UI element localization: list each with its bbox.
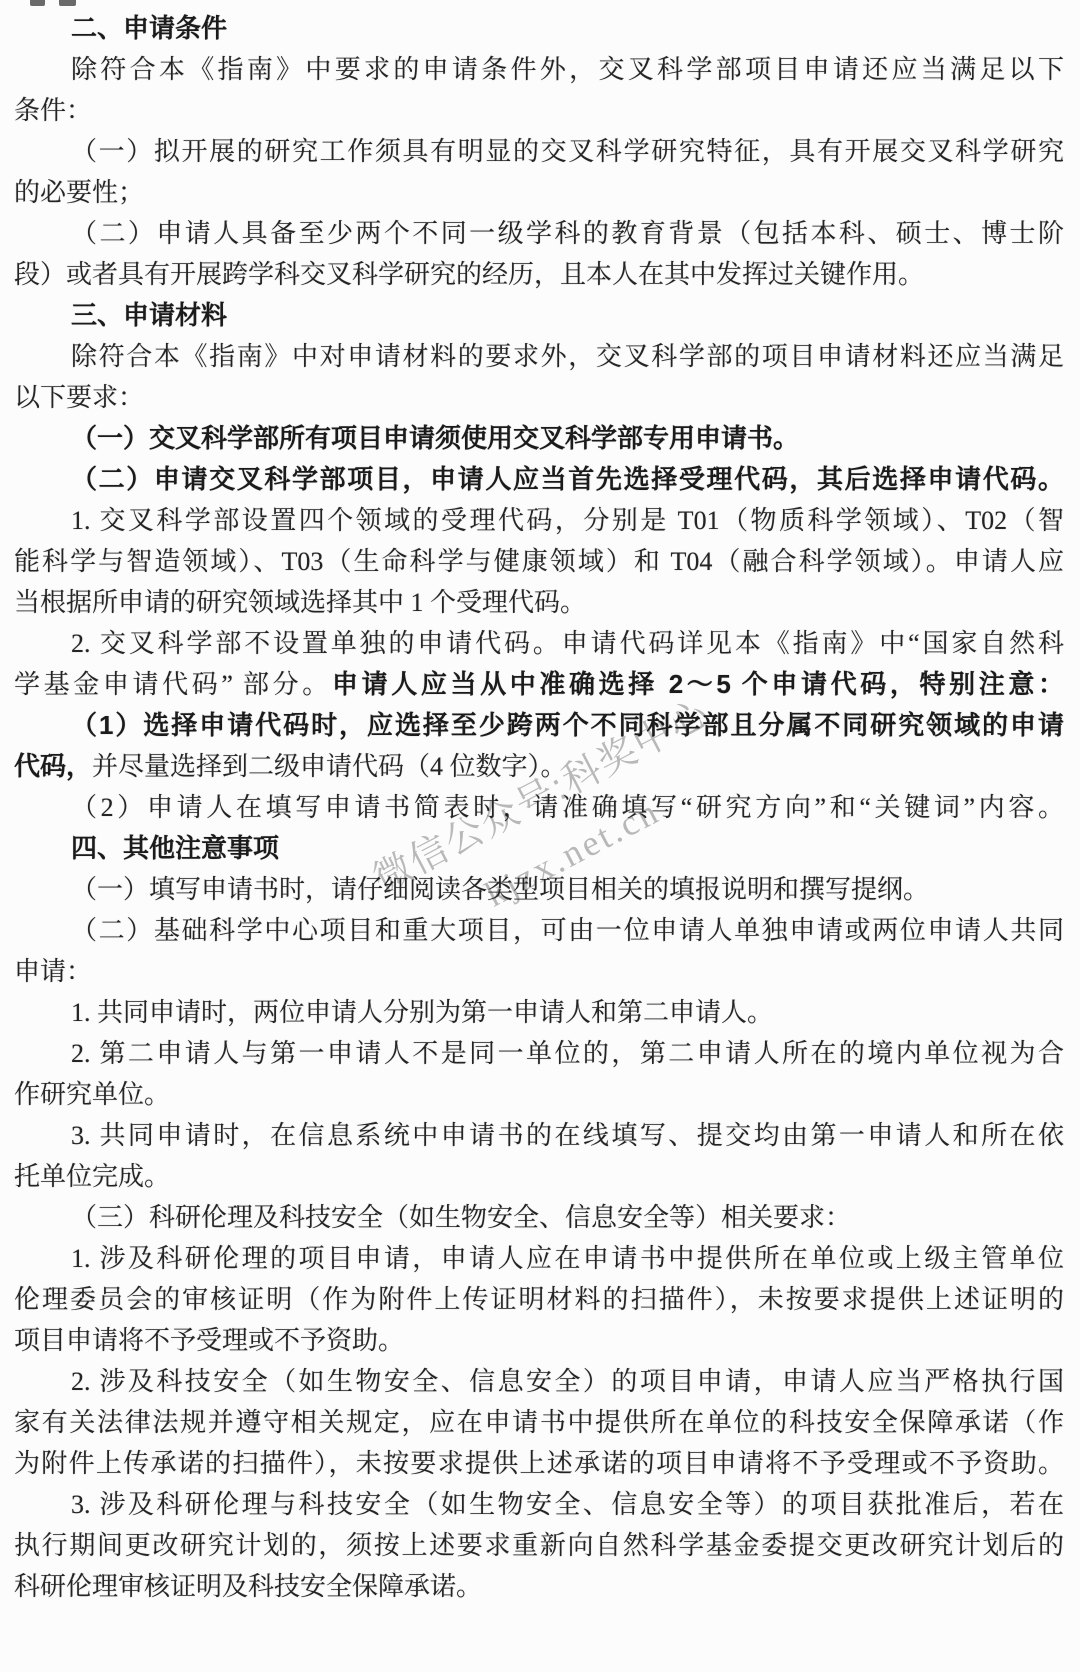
text-line: 3. 涉及科研伦理与科技安全（如生物安全、信息安全等）的项目获批准后，若在 bbox=[14, 1484, 1064, 1525]
text-line: 条件： bbox=[14, 90, 1064, 131]
document-page: 微信公众号:科奖中心 kjzx.net.cn 二、申请条件除符合本《指南》中要求… bbox=[0, 0, 1080, 1672]
text-line: 1. 交叉科学部设置四个领域的受理代码，分别是 T01（物质科学领域）、T02（… bbox=[14, 500, 1064, 541]
text-line: 除符合本《指南》中要求的申请条件外，交叉科学部项目申请还应当满足以下 bbox=[14, 49, 1064, 90]
text-line: 段）或者具有开展跨学科交叉科学研究的经历，且本人在其中发挥过关键作用。 bbox=[14, 254, 1064, 295]
text-line: 项目申请将不予受理或不予资助。 bbox=[14, 1320, 1064, 1361]
text-run: 1. 交叉科学部设置四个领域的受理代码，分别是 T01（物质科学领域）、T02（… bbox=[71, 506, 1064, 535]
text-line: （一）填写申请书时，请仔细阅读各类型项目相关的填报说明和撰写提纲。 bbox=[14, 869, 1064, 910]
text-run: 并尽量选择到二级申请代码（4 位数字）。 bbox=[92, 752, 567, 781]
section-heading: 三、申请材料 bbox=[14, 295, 1064, 336]
bold-text-run: 二、申请条件 bbox=[71, 13, 227, 43]
text-line: 当根据所申请的研究领域选择其中 1 个受理代码。 bbox=[14, 582, 1064, 623]
text-run: 3. 涉及科研伦理与科技安全（如生物安全、信息安全等）的项目获批准后，若在 bbox=[71, 1490, 1064, 1519]
text-line: （一）交叉科学部所有项目申请须使用交叉科学部专用申请书。 bbox=[14, 418, 1064, 459]
text-line: 除符合本《指南》中对申请材料的要求外，交叉科学部的项目申请材料还应当满足 bbox=[14, 336, 1064, 377]
text-line: 3. 共同申请时，在信息系统中申请书的在线填写、提交均由第一申请人和所在依 bbox=[14, 1115, 1064, 1156]
clipped-text-fragment bbox=[59, 0, 76, 6]
bold-text-run: （二）申请交叉科学部项目，申请人应当首先选择受理代码，其后选择申请代码。 bbox=[71, 464, 1064, 494]
text-run: （一）拟开展的研究工作须具有明显的交叉科学研究特征，具有开展交叉科学研究 bbox=[71, 137, 1064, 166]
text-run: 学基金申请代码” 部分。 bbox=[14, 670, 332, 699]
text-run: 当根据所申请的研究领域选择其中 1 个受理代码。 bbox=[14, 588, 586, 617]
text-line: （二）申请交叉科学部项目，申请人应当首先选择受理代码，其后选择申请代码。 bbox=[14, 459, 1064, 500]
text-run: （三）科研伦理及科技安全（如生物安全、信息安全等）相关要求： bbox=[71, 1203, 851, 1232]
text-line: 2. 涉及科技安全（如生物安全、信息安全）的项目申请，申请人应当严格执行国 bbox=[14, 1361, 1064, 1402]
text-line: 代码，并尽量选择到二级申请代码（4 位数字）。 bbox=[14, 746, 1064, 787]
text-run: 托单位完成。 bbox=[14, 1162, 170, 1191]
text-run: 能科学与智造领域）、T03（生命科学与健康领域）和 T04（融合科学领域）。申请… bbox=[14, 547, 1064, 576]
text-run: 段）或者具有开展跨学科交叉科学研究的经历，且本人在其中发挥过关键作用。 bbox=[14, 260, 924, 289]
document-text: 二、申请条件除符合本《指南》中要求的申请条件外，交叉科学部项目申请还应当满足以下… bbox=[14, 8, 1064, 1607]
text-line: （二）申请人具备至少两个不同一级学科的教育背景（包括本科、硕士、博士阶 bbox=[14, 213, 1064, 254]
bold-text-run: 代码， bbox=[14, 751, 92, 781]
text-run: 申请： bbox=[14, 957, 92, 986]
text-run: 2. 第二申请人与第一申请人不是同一单位的，第二申请人所在的境内单位视为合 bbox=[71, 1039, 1064, 1068]
text-run: 家有关法律法规并遵守相关规定，应在申请书中提供所在单位的科技安全保障承诺（作 bbox=[14, 1408, 1064, 1437]
text-run: 项目申请将不予受理或不予资助。 bbox=[14, 1326, 404, 1355]
text-run: 为附件上传承诺的扫描件），未按要求提供上述承诺的项目申请将不予受理或不予资助。 bbox=[14, 1449, 1064, 1478]
text-run: 条件： bbox=[14, 96, 92, 125]
text-run: 除符合本《指南》中对申请材料的要求外，交叉科学部的项目申请材料还应当满足 bbox=[71, 342, 1064, 371]
text-run: 伦理委员会的审核证明（作为附件上传证明材料的扫描件），未按要求提供上述证明的 bbox=[14, 1285, 1064, 1314]
text-run: 科研伦理审核证明及科技安全保障承诺。 bbox=[14, 1572, 482, 1601]
text-line: 学基金申请代码” 部分。申请人应当从中准确选择 2～5 个申请代码，特别注意： bbox=[14, 664, 1064, 705]
text-line: （二）基础科学中心项目和重大项目，可由一位申请人单独申请或两位申请人共同 bbox=[14, 910, 1064, 951]
text-line: 为附件上传承诺的扫描件），未按要求提供上述承诺的项目申请将不予受理或不予资助。 bbox=[14, 1443, 1064, 1484]
text-line: 申请： bbox=[14, 951, 1064, 992]
text-run: （2）申请人在填写申请书简表时，请准确填写“研究方向”和“关键词”内容。 bbox=[71, 793, 1064, 822]
bold-text-run: （1）选择申请代码时，应选择至少跨两个不同科学部且分属不同研究领域的申请 bbox=[71, 710, 1064, 740]
text-line: （一）拟开展的研究工作须具有明显的交叉科学研究特征，具有开展交叉科学研究 bbox=[14, 131, 1064, 172]
text-line: 2. 第二申请人与第一申请人不是同一单位的，第二申请人所在的境内单位视为合 bbox=[14, 1033, 1064, 1074]
text-run: 1. 涉及科研伦理的项目申请，申请人应在申请书中提供所在单位或上级主管单位 bbox=[71, 1244, 1064, 1273]
text-line: （1）选择申请代码时，应选择至少跨两个不同科学部且分属不同研究领域的申请 bbox=[14, 705, 1064, 746]
text-line: 1. 共同申请时，两位申请人分别为第一申请人和第二申请人。 bbox=[14, 992, 1064, 1033]
text-run: （二）基础科学中心项目和重大项目，可由一位申请人单独申请或两位申请人共同 bbox=[71, 916, 1064, 945]
text-line: 以下要求： bbox=[14, 377, 1064, 418]
section-heading: 二、申请条件 bbox=[14, 8, 1064, 49]
bold-text-run: （一）交叉科学部所有项目申请须使用交叉科学部专用申请书。 bbox=[71, 423, 799, 453]
text-line: 执行期间更改研究计划的，须按上述要求重新向自然科学基金委提交更改研究计划后的 bbox=[14, 1525, 1064, 1566]
text-run: （一）填写申请书时，请仔细阅读各类型项目相关的填报说明和撰写提纲。 bbox=[71, 875, 929, 904]
text-line: 能科学与智造领域）、T03（生命科学与健康领域）和 T04（融合科学领域）。申请… bbox=[14, 541, 1064, 582]
text-line: （三）科研伦理及科技安全（如生物安全、信息安全等）相关要求： bbox=[14, 1197, 1064, 1238]
section-heading: 四、其他注意事项 bbox=[14, 828, 1064, 869]
text-line: 的必要性； bbox=[14, 172, 1064, 213]
text-line: 伦理委员会的审核证明（作为附件上传证明材料的扫描件），未按要求提供上述证明的 bbox=[14, 1279, 1064, 1320]
text-line: 家有关法律法规并遵守相关规定，应在申请书中提供所在单位的科技安全保障承诺（作 bbox=[14, 1402, 1064, 1443]
text-run: 2. 涉及科技安全（如生物安全、信息安全）的项目申请，申请人应当严格执行国 bbox=[71, 1367, 1064, 1396]
bold-text-run: 三、申请材料 bbox=[71, 300, 227, 330]
text-run: 2. 交叉科学部不设置单独的申请代码。申请代码详见本《指南》中“国家自然科 bbox=[71, 629, 1064, 658]
text-run: 以下要求： bbox=[14, 383, 144, 412]
bold-text-run: 四、其他注意事项 bbox=[71, 833, 279, 863]
clipped-text-fragment bbox=[30, 0, 45, 6]
text-run: 执行期间更改研究计划的，须按上述要求重新向自然科学基金委提交更改研究计划后的 bbox=[14, 1531, 1064, 1560]
text-line: 托单位完成。 bbox=[14, 1156, 1064, 1197]
text-run: 1. 共同申请时，两位申请人分别为第一申请人和第二申请人。 bbox=[71, 998, 773, 1027]
text-line: 1. 涉及科研伦理的项目申请，申请人应在申请书中提供所在单位或上级主管单位 bbox=[14, 1238, 1064, 1279]
text-run: 除符合本《指南》中要求的申请条件外，交叉科学部项目申请还应当满足以下 bbox=[71, 55, 1064, 84]
text-run: （二）申请人具备至少两个不同一级学科的教育背景（包括本科、硕士、博士阶 bbox=[71, 219, 1064, 248]
text-run: 3. 共同申请时，在信息系统中申请书的在线填写、提交均由第一申请人和所在依 bbox=[71, 1121, 1064, 1150]
text-line: （2）申请人在填写申请书简表时，请准确填写“研究方向”和“关键词”内容。 bbox=[14, 787, 1064, 828]
text-run: 的必要性； bbox=[14, 178, 144, 207]
text-line: 2. 交叉科学部不设置单独的申请代码。申请代码详见本《指南》中“国家自然科 bbox=[14, 623, 1064, 664]
text-line: 作研究单位。 bbox=[14, 1074, 1064, 1115]
text-line: 科研伦理审核证明及科技安全保障承诺。 bbox=[14, 1566, 1064, 1607]
bold-text-run: 申请人应当从中准确选择 2～5 个申请代码，特别注意： bbox=[332, 669, 1064, 699]
text-run: 作研究单位。 bbox=[14, 1080, 170, 1109]
